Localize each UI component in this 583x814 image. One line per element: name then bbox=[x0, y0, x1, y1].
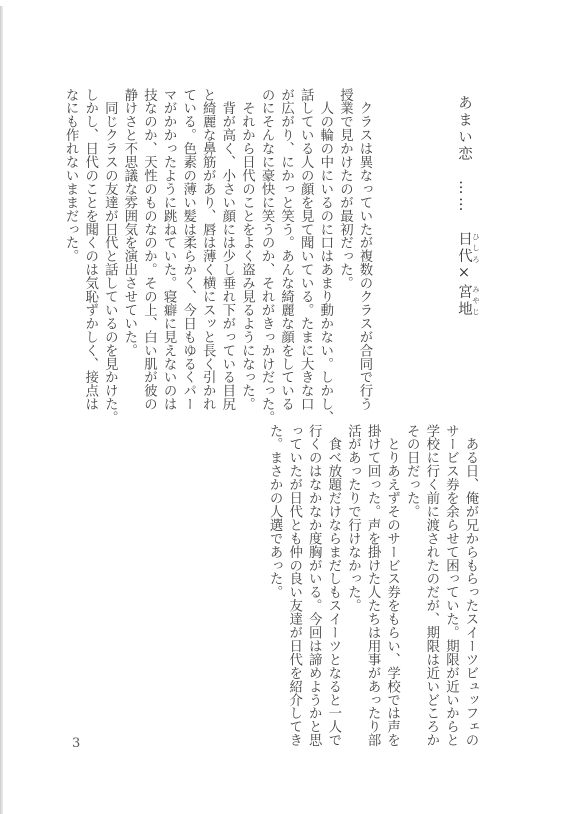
text-line: マがかかったように跳ねていた。寝癖に見えないのは bbox=[158, 88, 178, 414]
text-line: 技なのか、天性のものなのか。その上、白い肌が彼の bbox=[139, 88, 159, 414]
text-line: クラスは異なっていたが複数のクラスが合同で行う bbox=[354, 88, 374, 414]
text-line: 静けさと不思議な雰囲気を演出させていた。 bbox=[119, 88, 139, 414]
text-line: 同じクラスの友達が日代と話しているのを見かけた。 bbox=[100, 88, 120, 414]
text-line: なにも作れないままだった。 bbox=[61, 88, 81, 414]
text-line: と綺麗な鼻筋があり、唇は薄く横にスッと長く引かれ bbox=[198, 88, 218, 414]
text-line: それから日代のことをよく盗み見るようになった。 bbox=[237, 88, 257, 414]
text-line: が広がり、にかっと笑う。あんな綺麗な顔をしている bbox=[276, 88, 296, 414]
text-line: とりあえずそのサービス券をもらい、学校では声を bbox=[382, 424, 402, 750]
text-line: 学校に行く前に渡されたのだが、期限は近いどころか bbox=[421, 424, 441, 750]
text-line: っていたが日代とも仲の良い友達が日代を紹介してき bbox=[284, 424, 304, 750]
text-line: 行くのはなかなか度胸がいる。今回は諦めようかと思 bbox=[304, 424, 324, 750]
furigana-hishiro: ひしろ bbox=[472, 231, 481, 265]
text-line: しかし、日代のことを聞くのは気恥ずかしく、接点は bbox=[80, 88, 100, 414]
furigana-miyaji: みやじ bbox=[472, 284, 481, 318]
book-page: あまい恋 …… 日代ひしろ×宮地みやじ クラスは異なっていたが複数のクラスが合同… bbox=[0, 0, 583, 814]
text-line: ている。色素の薄い髪は柔らかく、今日もゆるくパー bbox=[178, 88, 198, 414]
character-name-hishiro-kanji: 日代 bbox=[456, 231, 472, 265]
character-name-miyaji-kanji: 宮地 bbox=[456, 284, 472, 318]
text-line: 背が高く、小さい顔には少し垂れ下がっている目尻 bbox=[217, 88, 237, 414]
bottom-text-band: ある日、俺が兄からもらったスイーツビュッフェの サービス券を余らせて困っていた。… bbox=[264, 424, 480, 750]
story-title-text: あまい恋 …… bbox=[456, 95, 472, 231]
top-text-band: あまい恋 …… 日代ひしろ×宮地みやじ クラスは異なっていたが複数のクラスが合同… bbox=[61, 88, 481, 414]
text-line: 授業で見かけたのが最初だった。 bbox=[335, 88, 355, 414]
text-line: た。まさかの人選であった。 bbox=[264, 424, 284, 750]
story-title: あまい恋 …… 日代ひしろ×宮地みやじ bbox=[454, 88, 480, 414]
page-number: 3 bbox=[72, 736, 80, 751]
text-line: 人の輪の中にいるのに口はあまり動かない。しかし、 bbox=[315, 88, 335, 414]
text-line: ある日、俺が兄からもらったスイーツビュッフェの bbox=[460, 424, 480, 750]
pairing-times-symbol: × bbox=[456, 265, 472, 284]
text-line: サービス券を余らせて困っていた。期限が近いからと bbox=[441, 424, 461, 750]
character-name-hishiro: 日代ひしろ bbox=[456, 231, 472, 265]
text-line: 話している人の顔を見て聞いている。たまに大きな口 bbox=[296, 88, 316, 414]
text-line: のにそんなに豪快に笑うのか、それがきっかけだった。 bbox=[256, 88, 276, 414]
page-edge-shadow bbox=[0, 6, 3, 814]
text-line: その日だった。 bbox=[402, 424, 422, 750]
text-line: 掛けて回った。声を掛けた人たちは用事があったり部 bbox=[362, 424, 382, 750]
text-line: 食べ放題だけならまだしもスイーツとなると一人で bbox=[323, 424, 343, 750]
text-line: 活があったりで行けなかった。 bbox=[343, 424, 363, 750]
character-name-miyaji: 宮地みやじ bbox=[456, 284, 472, 318]
